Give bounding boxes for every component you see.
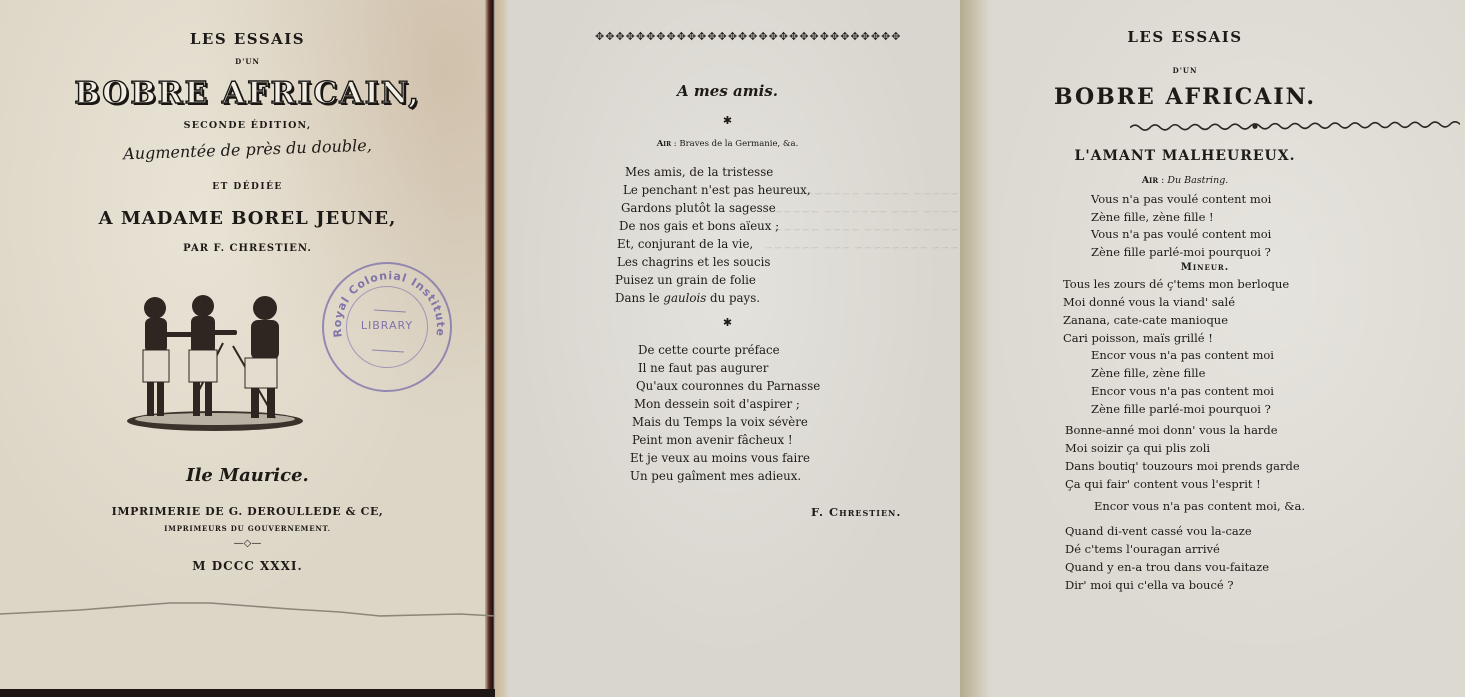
publication-year: M DCCC XXXI. <box>0 559 495 573</box>
title-bobre-africain: Bobre Africain, <box>0 76 495 111</box>
tune-line: Air : Du Bastring. <box>1000 175 1370 186</box>
title-dun: d'un <box>1000 66 1370 75</box>
stanza-1: Mes amis, de la tristesse Le penchant n'… <box>615 163 811 307</box>
printer-name: Imprimerie de G. Deroullede & Ce, <box>0 505 495 518</box>
stamp-inner-text: Library <box>324 319 450 332</box>
song-page-amant-malheureux: Les Essais d'un Bobre Africain. L'Amant … <box>960 0 1465 697</box>
verse-line: Zène fille parlé-moi pourquoi ? <box>1091 244 1271 262</box>
printer-role: Imprimeurs du Gouvernement. <box>0 524 495 533</box>
verse-line: Quand di-vent cassé vou la-caze <box>1065 522 1269 540</box>
decorative-border-icon: ✥✥✥✥✥✥✥✥✥✥✥✥✥✥✥✥✥✥✥✥✥✥✥✥✥✥✥✥✥✥ <box>595 30 935 44</box>
poem-signature: F. Chrestien. <box>811 505 901 519</box>
poem-title: A mes amis. <box>495 82 960 100</box>
verse-line: Vous n'a pas voulé content moi <box>1091 226 1271 244</box>
verse-line: Tous les zours dé ç'tems mon berloque <box>1063 275 1289 293</box>
stanza-2: Bonne-anné moi donn' vous la harde Moi s… <box>1065 421 1300 493</box>
mineur-label: Mineur. <box>1020 262 1390 273</box>
verse-line: Vous n'a pas voulé content moi <box>1091 191 1271 209</box>
page-left-edge <box>495 0 509 697</box>
verse-line: Il ne faut pas augurer <box>630 359 820 377</box>
verse-line: Dans boutiq' touzours moi prends garde <box>1065 457 1300 475</box>
verse-line: Mon dessein soit d'aspirer ; <box>630 395 820 413</box>
title-page-left: Les Essais d'un Bobre Africain, Seconde … <box>0 0 495 697</box>
verse-line: Zène fille, zène fille <box>1091 364 1274 382</box>
verse-line: Encor vous n'a pas content moi <box>1091 382 1274 400</box>
verse-line: Dans le gaulois du pays. <box>615 289 811 307</box>
place-of-publication: Ile Maurice. <box>0 465 495 486</box>
author-line: Par F. Chrestien. <box>0 243 495 254</box>
poem-page-a-mes-amis: ~~~~~~ ~~~~~ ~~~~~~~~ ~~~~~~~~ ~~~ ~~~~~… <box>495 0 960 697</box>
paper-tear-line <box>0 600 495 630</box>
verse-line: Qu'aux couronnes du Parnasse <box>630 377 820 395</box>
verse-line: Dé c'tems l'ouragan arrivé <box>1065 540 1269 558</box>
asterisk-separator-icon: ✱ <box>495 316 960 329</box>
air-text: : Braves de la Germanie, &a. <box>674 139 798 149</box>
asterisk-separator-icon: ✱ <box>495 114 960 127</box>
refrain-3: Encor vous n'a pas content moi, &a. <box>1094 497 1305 515</box>
verse-line: Cari poisson, maïs grillé ! <box>1063 329 1289 347</box>
italic-word: gaulois <box>663 291 706 305</box>
song-title: L'Amant malheureux. <box>1000 148 1370 164</box>
refrain-2: Encor vous n'a pas content moi Zène fill… <box>1091 346 1274 418</box>
verse-line: Zène fille parlé-moi pourquoi ? <box>1091 400 1274 418</box>
verse-line: Les chagrins et les soucis <box>615 253 811 271</box>
book-gutter-shadow <box>960 0 990 697</box>
refrain-1: Vous n'a pas voulé content moi Zène fill… <box>1091 191 1271 261</box>
stanza-2: De cette courte préface Il ne faut pas a… <box>630 341 820 485</box>
library-stamp: Royal Colonial Institute Library <box>322 262 452 392</box>
verse-line: Peint mon avenir fâcheux ! <box>630 431 820 449</box>
air-text: Du Bastring. <box>1167 175 1228 186</box>
title-les-essais: Les Essais <box>0 30 495 48</box>
stanza-3: Quand di-vent cassé vou la-caze Dé c'tem… <box>1065 522 1269 594</box>
title-bobre-africain: Bobre Africain. <box>1000 84 1370 110</box>
title-dun: d'un <box>0 57 495 66</box>
verse-line: Un peu gaîment mes adieux. <box>630 467 820 485</box>
verse-line: Mais du Temps la voix sévère <box>630 413 820 431</box>
verse-line: De cette courte préface <box>630 341 820 359</box>
verse-line: Zanana, cate-cate manioque <box>1063 311 1289 329</box>
verse-line: Et, conjurant de la vie, <box>615 235 811 253</box>
air-label: Air <box>1142 175 1158 186</box>
verse-line: Moi donné vous la viand' salé <box>1063 293 1289 311</box>
verse-line: Encor vous n'a pas content moi <box>1091 346 1274 364</box>
tune-line: Air : Braves de la Germanie, &a. <box>495 139 960 149</box>
woodcut-illustration-icon <box>125 288 305 438</box>
verse-line: Zène fille, zène fille ! <box>1091 209 1271 227</box>
verse-line: Quand y en-a trou dans vou-faitaze <box>1065 558 1269 576</box>
stanza-1: Tous les zours dé ç'tems mon berloque Mo… <box>1063 275 1289 347</box>
verse-line: De nos gais et bons aïeux ; <box>615 217 811 235</box>
title-les-essais: Les Essais <box>1000 28 1370 46</box>
dedication-label: et dédiée <box>0 182 495 192</box>
page-bottom-shadow <box>0 689 495 697</box>
verse-line: Ça qui fair' content vous l'esprit ! <box>1065 475 1300 493</box>
air-label: Air <box>657 139 671 149</box>
verse-line: Puisez un grain de folie <box>615 271 811 289</box>
diamond-ornament-icon: —◇— <box>0 538 495 549</box>
verse-line: Dir' moi qui c'ella va boucé ? <box>1065 576 1269 594</box>
verse-line: Bonne-anné moi donn' vous la harde <box>1065 421 1300 439</box>
verse-line: Moi soizir ça qui plis zoli <box>1065 439 1300 457</box>
verse-line: Gardons plutôt la sagesse <box>615 199 811 217</box>
verse-line: Le penchant n'est pas heureux, <box>615 181 811 199</box>
verse-line: Et je veux au moins vous faire <box>630 449 820 467</box>
dedicatee-name: A Madame Borel Jeune, <box>0 208 495 229</box>
verse-line: Mes amis, de la tristesse <box>615 163 811 181</box>
edition-label: Seconde édition, <box>0 120 495 131</box>
